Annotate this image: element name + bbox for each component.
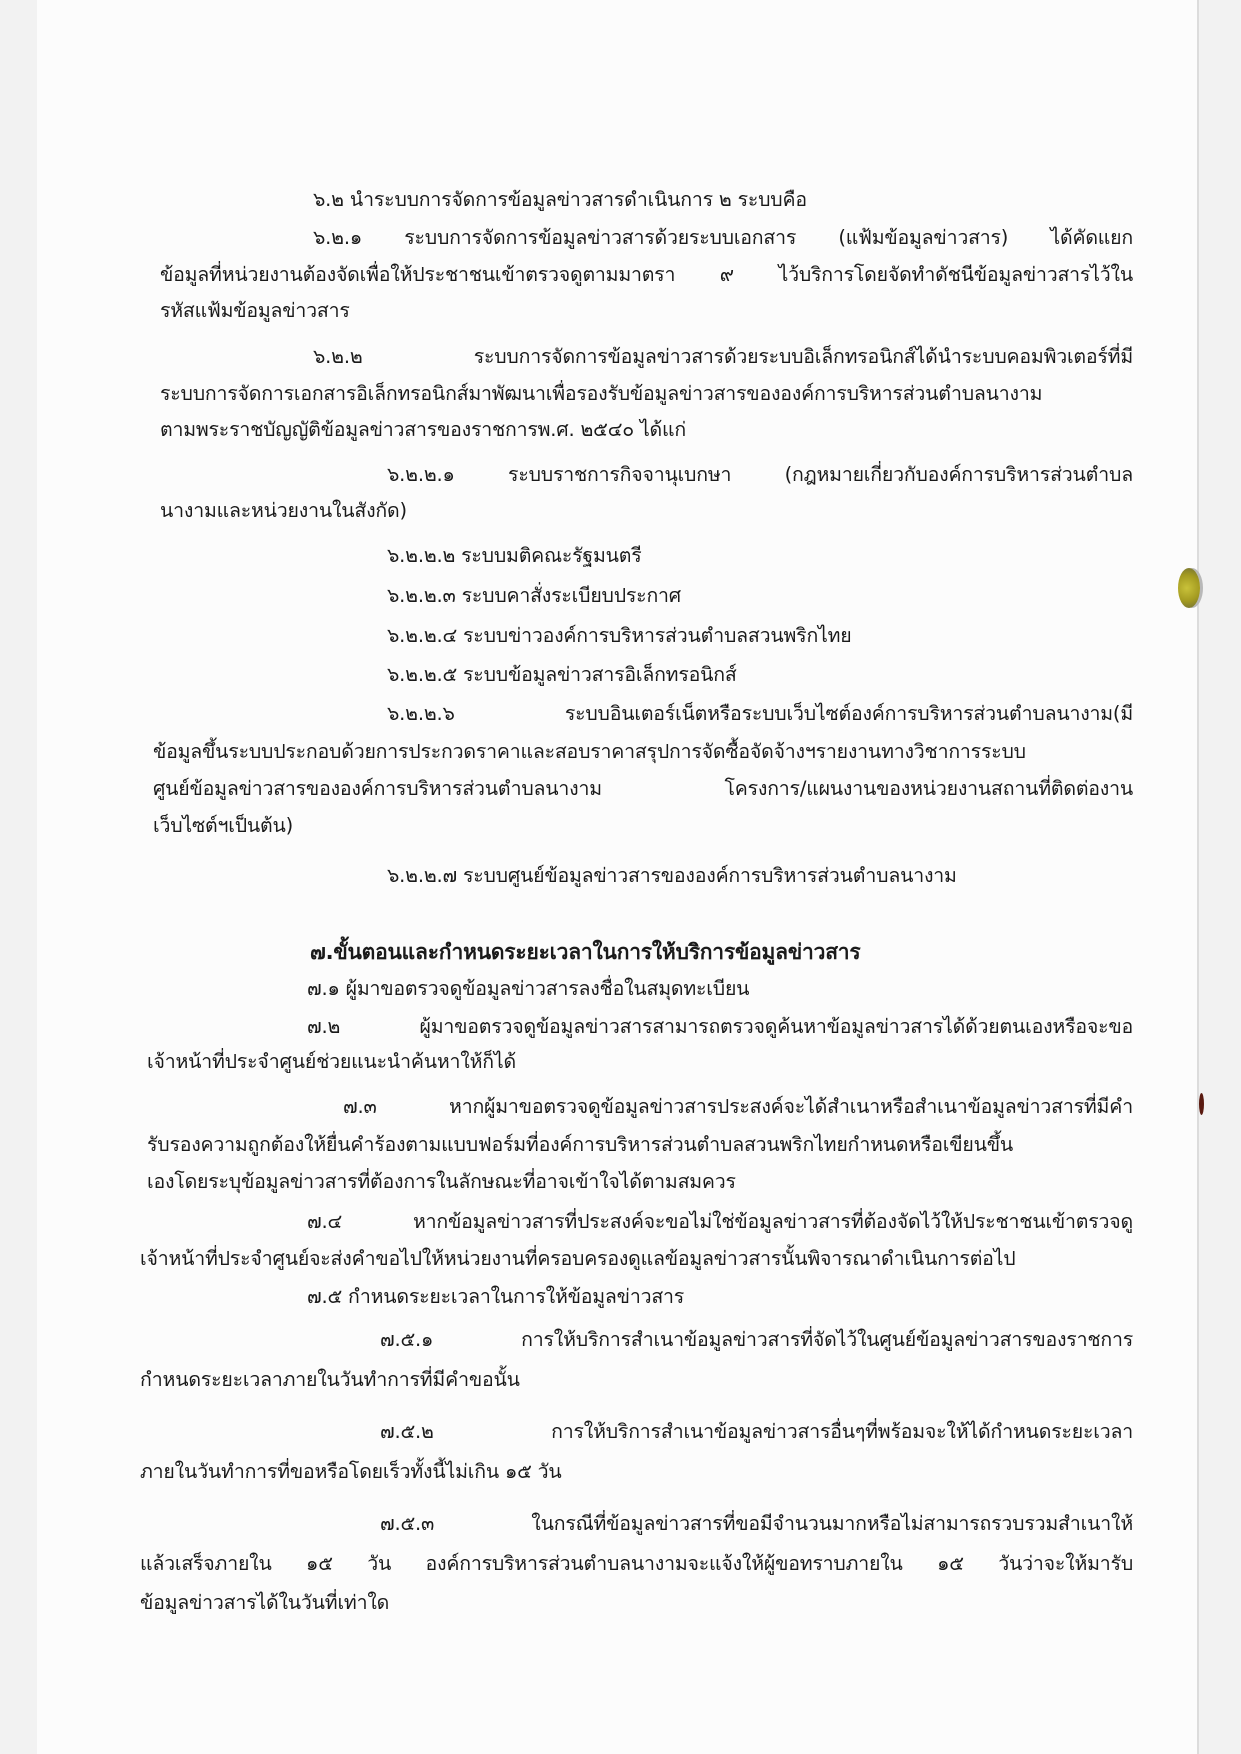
hole-punch-mark (1178, 568, 1200, 608)
subitem-6-2-2-6-line-3: ศูนย์ข้อมูลข่าวสารขององค์การบริหารส่วนตำ… (153, 775, 1133, 803)
subitem-6-2-2-6-line-1: ๖.๒.๒.๖ ระบบอินเตอร์เน็ตหรือระบบเว็บไซต์… (387, 700, 1133, 728)
section-6-2-heading: ๖.๒ นำระบบการจัดการข้อมูลข่าวสารดำเนินกา… (313, 186, 807, 214)
item-6-2-2-line-2: ระบบการจัดการเอกสารอิเล็กทรอนิกส์มาพัฒนา… (160, 380, 1133, 408)
subitem-6-2-2-7: ๖.๒.๒.๗ ระบบศูนย์ข้อมูลข่าวสารขององค์การ… (387, 862, 957, 890)
item-6-2-2-line-1: ๖.๒.๒ ระบบการจัดการข้อมูลข่าวสารด้วยระบบ… (313, 343, 1133, 371)
item-7-4-line-2: เจ้าหน้าที่ประจำศูนย์จะส่งคำขอไปให้หน่วย… (140, 1245, 1133, 1273)
item-7-2-line-1: ๗.๒ ผู้มาขอตรวจดูข้อมูลข่าวสารสามารถตรวจ… (307, 1013, 1133, 1041)
subitem-6-2-2-6-line-4: เว็บไซต์ฯเป็นต้น) (153, 812, 293, 840)
subitem-6-2-2-5: ๖.๒.๒.๕ ระบบข้อมูลข่าวสารอิเล็กทรอนิกส์ (387, 661, 737, 689)
item-6-2-1-line-2: ข้อมูลที่หน่วยงานต้องจัดเพื่อให้ประชาชนเ… (160, 261, 1133, 289)
item-7-2-line-2: เจ้าหน้าที่ประจำศูนย์ช่วยแนะนำค้นหาให้ก็… (147, 1048, 516, 1076)
subitem-7-5-3-line-1: ๗.๕.๓ ในกรณีที่ข้อมูลข่าวสารที่ขอมีจำนวน… (380, 1510, 1133, 1538)
edge-scan-mark (1199, 1093, 1204, 1115)
subitem-7-5-3-line-3: ข้อมูลข่าวสารได้ในวันที่เท่าใด (140, 1589, 389, 1617)
subitem-6-2-2-6-line-2: ข้อมูลขึ้นระบบประกอบด้วยการประกวดราคาและ… (153, 738, 1133, 766)
item-7-4-line-1: ๗.๔ หากข้อมูลข่าวสารที่ประสงค์จะขอไม่ใช่… (307, 1208, 1133, 1236)
subitem-6-2-2-2: ๖.๒.๒.๒ ระบบมติคณะรัฐมนตรี (387, 542, 642, 570)
item-7-1: ๗.๑ ผู้มาขอตรวจดูข้อมูลข่าวสารลงชื่อในสม… (307, 975, 749, 1003)
subitem-7-5-1-line-2: กำหนดระยะเวลาภายในวันทำการที่มีคำขอนั้น (140, 1366, 520, 1394)
subitem-6-2-2-3: ๖.๒.๒.๓ ระบบคาสั่งระเบียบประกาศ (387, 582, 681, 610)
subitem-6-2-2-4: ๖.๒.๒.๔ ระบบข่าวองค์การบริหารส่วนตำบลสวน… (387, 622, 852, 650)
item-6-2-2-line-3: ตามพระราชบัญญัติข้อมูลข่าวสารของราชการพ.… (160, 416, 686, 444)
item-6-2-1-line-3: รหัสแฟ้มข้อมูลข่าวสาร (160, 297, 350, 325)
item-7-3-line-2: รับรองความถูกต้องให้ยื่นคำร้องตามแบบฟอร์… (147, 1131, 1133, 1159)
item-7-5: ๗.๕ กำหนดระยะเวลาในการให้ข้อมูลข่าวสาร (307, 1283, 684, 1311)
item-7-3-line-3: เองโดยระบุข้อมูลข่าวสารที่ต้องการในลักษณ… (147, 1168, 736, 1196)
item-6-2-1-line-1: ๖.๒.๑ ระบบการจัดการข้อมูลข่าวสารด้วยระบบ… (313, 224, 1133, 252)
section-7-heading: ๗.ขั้นตอนและกำหนดระยะเวลาในการให้บริการข… (310, 938, 860, 966)
item-7-3-line-1: ๗.๓ หากผู้มาขอตรวจดูข้อมูลข่าวสารประสงค์… (343, 1093, 1133, 1121)
subitem-7-5-3-line-2: แล้วเสร็จภายใน ๑๕ วัน องค์การบริหารส่วนต… (140, 1550, 1133, 1578)
subitem-6-2-2-1-line-2: นางามและหน่วยงานในสังกัด) (160, 497, 407, 525)
subitem-7-5-1-line-1: ๗.๕.๑ การให้บริการสำเนาข้อมูลข่าวสารที่จ… (380, 1326, 1133, 1354)
subitem-7-5-2-line-1: ๗.๕.๒ การให้บริการสำเนาข้อมูลข่าวสารอื่น… (380, 1418, 1133, 1446)
subitem-6-2-2-1-line-1: ๖.๒.๒.๑ ระบบราชการกิจจานุเบกษา (กฎหมายเก… (387, 461, 1133, 489)
subitem-7-5-2-line-2: ภายในวันทำการที่ขอหรือโดยเร็วทั้งนี้ไม่เ… (140, 1458, 562, 1486)
